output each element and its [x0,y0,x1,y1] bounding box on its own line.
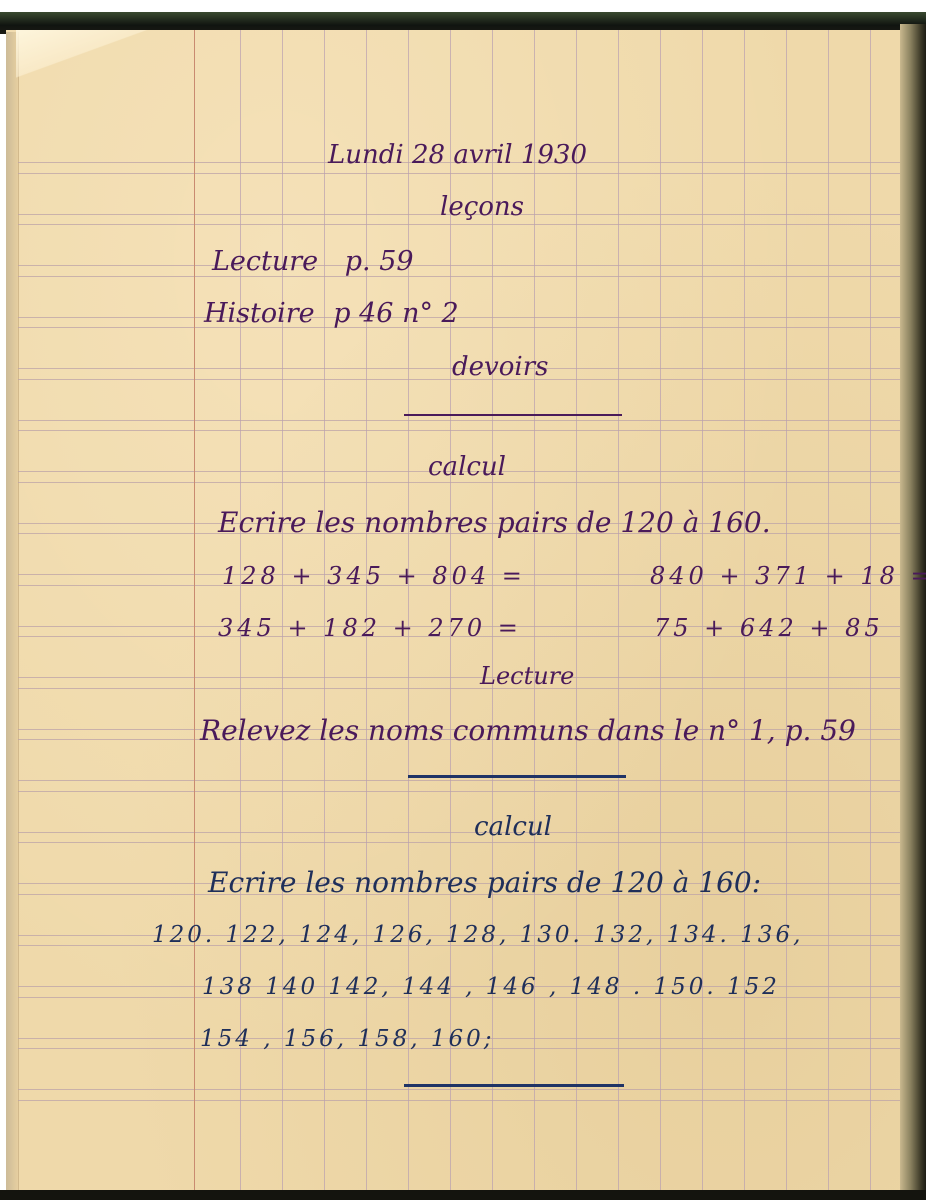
instruction-text: Ecrire les nombres pairs de 120 à 160. [218,506,771,539]
grid-hline [18,276,900,277]
grid-hline [18,317,900,318]
lecon-item: Histoire p 46 n° 2 [204,298,459,329]
section-heading: calcul [474,812,552,842]
grid-vline [660,30,661,1192]
grid-vline [618,30,619,1192]
grid-vline [870,30,871,1192]
grid-vline [366,30,367,1192]
section-heading: calcul [428,452,506,482]
notebook-bottom-edge [0,1190,926,1200]
grid-hline [18,430,900,431]
instruction-text: Relevez les noms communs dans le n° 1, p… [200,714,856,747]
answer-line: 138 140 142, 144 , 146 , 148 . 150. 152 [202,974,780,1000]
grid-hline [18,677,900,678]
grid-hline [18,420,900,421]
grid-hline [18,832,900,833]
grid-vline [408,30,409,1192]
grid-hline [18,224,900,225]
grid-hline [18,173,900,174]
margin-line [194,30,195,1192]
sum-expression: 840 + 371 + 18 = [650,562,926,590]
grid-vline [282,30,283,1192]
date-heading: Lundi 28 avril 1930 [328,140,587,170]
grid-hline [18,842,900,843]
grid-vline [702,30,703,1192]
sum-expression: 75 + 642 + 85 [654,614,884,642]
lecon-subject: Lecture [212,246,318,277]
notebook-binding [900,24,926,1192]
lecon-subject: Histoire [204,298,315,329]
grid-hline [18,482,900,483]
grid-hline [18,780,900,781]
lecon-ref: p 46 n° 2 [333,298,458,329]
divider-rule [404,414,622,416]
lecons-heading: leçons [440,192,524,222]
lecon-item: Lecture p. 59 [212,246,414,277]
grid-hline [18,688,900,689]
instruction-text: Ecrire les nombres pairs de 120 à 160: [208,866,761,899]
grid-vline [828,30,829,1192]
section-heading: Lecture [480,662,574,690]
grid-hline [18,1100,900,1101]
grid-hline [18,1089,900,1090]
grid-hline [18,265,900,266]
grid-vline [324,30,325,1192]
divider-rule [408,775,626,778]
grid-vline [534,30,535,1192]
grid-hline [18,327,900,328]
grid-vline [744,30,745,1192]
page-corner-fold [16,30,166,80]
answer-line: 120. 122, 124, 126, 128, 130. 132, 134. … [152,922,803,948]
answer-line: 154 , 156, 158, 160; [200,1026,495,1052]
divider-rule [404,1084,624,1087]
grid-vline [786,30,787,1192]
sum-expression: 128 + 345 + 804 = [222,562,526,590]
grid-vline [240,30,241,1192]
sum-expression: 345 + 182 + 270 = [218,614,522,642]
devoirs-heading: devoirs [452,352,548,382]
grid-vline [576,30,577,1192]
grid-hline [18,791,900,792]
lecon-ref: p. 59 [345,246,414,277]
page-left-edge [6,32,19,1192]
